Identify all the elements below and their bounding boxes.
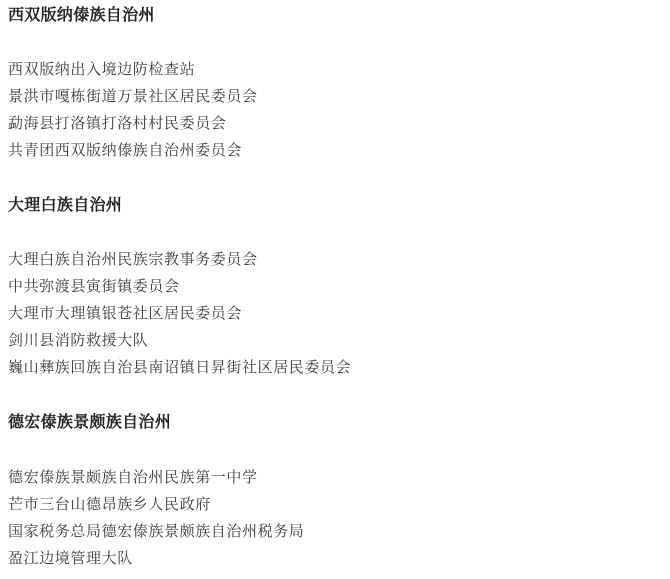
list-item: 西双版纳出入境边防检查站	[8, 56, 258, 83]
list-item: 中共弥渡县寅街镇委员会	[8, 273, 351, 300]
list-item: 巍山彝族回族自治县南诏镇日昇街社区居民委员会	[8, 354, 351, 381]
list-item: 大理白族自治州民族宗教事务委员会	[8, 246, 351, 273]
section-xishuangbanna: 西双版纳傣族自治州	[8, 5, 155, 25]
section-heading: 西双版纳傣族自治州	[8, 5, 155, 25]
list-item: 德宏傣族景颇族自治州民族第一中学	[8, 464, 304, 491]
list-item: 勐海县打洛镇打洛村村民委员会	[8, 110, 258, 137]
section-heading: 大理白族自治州	[8, 195, 122, 215]
list-item: 景洪市嘎栋街道万景社区居民委员会	[8, 83, 258, 110]
section-dali: 大理白族自治州	[8, 195, 122, 215]
list-item: 国家税务总局德宏傣族景颇族自治州税务局	[8, 518, 304, 545]
list-item: 芒市三台山德昂族乡人民政府	[8, 491, 304, 518]
org-list-dehong: 德宏傣族景颇族自治州民族第一中学 芒市三台山德昂族乡人民政府 国家税务总局德宏傣…	[8, 464, 304, 572]
org-list-dali: 大理白族自治州民族宗教事务委员会 中共弥渡县寅街镇委员会 大理市大理镇银苍社区居…	[8, 246, 351, 381]
section-dehong: 德宏傣族景颇族自治州	[8, 412, 171, 432]
list-item: 盈江边境管理大队	[8, 545, 304, 572]
org-list-xishuangbanna: 西双版纳出入境边防检查站 景洪市嘎栋街道万景社区居民委员会 勐海县打洛镇打洛村村…	[8, 56, 258, 164]
list-item: 剑川县消防救援大队	[8, 327, 351, 354]
section-heading: 德宏傣族景颇族自治州	[8, 412, 171, 432]
list-item: 大理市大理镇银苍社区居民委员会	[8, 300, 351, 327]
list-item: 共青团西双版纳傣族自治州委员会	[8, 137, 258, 164]
